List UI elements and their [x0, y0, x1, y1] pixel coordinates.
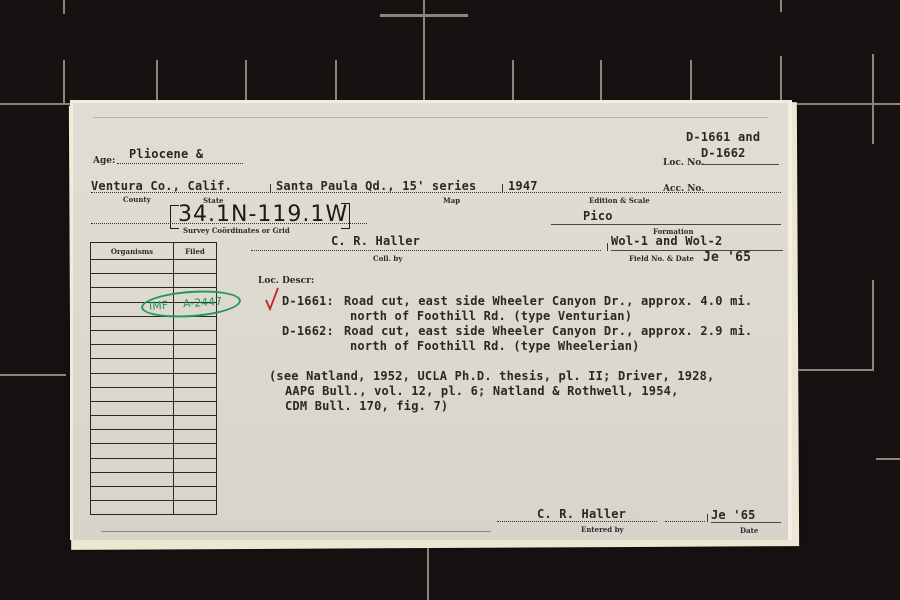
table-row [91, 501, 217, 515]
county-label: County [123, 195, 151, 204]
organism-cell [91, 330, 174, 344]
organism-cell [91, 274, 174, 288]
table-row [91, 387, 217, 401]
acc-no-label: Acc. No. [663, 184, 704, 194]
table-row [91, 373, 217, 387]
reference-line3: CDM Bull. 170, fig. 7) [285, 399, 448, 413]
filed-cell [174, 430, 217, 444]
formation-value: Pico [583, 209, 613, 223]
filed-cell [174, 458, 217, 472]
table-row [91, 316, 217, 330]
table-row [91, 416, 217, 430]
organism-cell [91, 387, 174, 401]
filed-cell [174, 501, 217, 515]
collector-label: Coll. by [373, 254, 402, 263]
edition-value: 1947 [508, 179, 538, 193]
loc-descr-label: Loc. Descr: [258, 276, 314, 286]
filed-cell [174, 359, 217, 373]
filed-cell [174, 472, 217, 486]
map-value: Santa Paula Qd., 15' series [276, 179, 476, 193]
organism-cell [91, 458, 174, 472]
organism-cell [91, 487, 174, 501]
descr-2-line2: north of Foothill Rd. (type Wheelerian) [350, 339, 640, 353]
filed-cell [174, 345, 217, 359]
age-value: Pliocene & [129, 147, 203, 161]
filed-cell [174, 316, 217, 330]
filed-header: Filed [174, 243, 217, 260]
organism-cell [91, 260, 174, 274]
county-value: Ventura Co., Calif. [91, 179, 232, 193]
organisms-header: Organisms [91, 243, 174, 260]
organism-cell [91, 444, 174, 458]
table-row [91, 359, 217, 373]
reference-line1: (see Natland, 1952, UCLA Ph.D. thesis, p… [269, 369, 714, 383]
filed-cell [174, 274, 217, 288]
table-row [91, 330, 217, 344]
organism-cell [91, 373, 174, 387]
entered-by-value: C. R. Haller [537, 507, 626, 521]
descr-2-line1: Road cut, east side Wheeler Canyon Dr., … [344, 324, 752, 338]
map-label: Map [443, 196, 460, 205]
loc-no-line1: D-1661 and [686, 130, 760, 144]
table-row [91, 401, 217, 415]
descr-1-line1: Road cut, east side Wheeler Canyon Dr., … [344, 294, 752, 308]
organism-cell [91, 345, 174, 359]
organism-cell [91, 472, 174, 486]
filed-cell [174, 330, 217, 344]
stamp-right: A-2447 [183, 295, 223, 311]
stamp-left: IMF [149, 299, 169, 313]
table-row [91, 430, 217, 444]
descr-2-id: D-1662: [282, 324, 334, 338]
organism-cell [91, 316, 174, 330]
descr-1-id: D-1661: [282, 294, 334, 308]
loc-no-label: Loc. No. [663, 158, 704, 168]
table-row [91, 487, 217, 501]
descr-1-line2: north of Foothill Rd. (type Venturian) [350, 309, 632, 323]
filed-cell [174, 260, 217, 274]
organisms-table: Organisms Filed [90, 242, 217, 515]
loc-no-line2: D-1662 [701, 146, 746, 160]
table-row [91, 274, 217, 288]
filed-cell [174, 387, 217, 401]
organism-cell [91, 430, 174, 444]
organism-cell [91, 416, 174, 430]
filed-cell [174, 373, 217, 387]
age-label: Age: [93, 156, 115, 166]
table-row [91, 472, 217, 486]
field-no-label: Field No. & Date [629, 254, 694, 263]
date-value: Je '65 [711, 508, 756, 522]
table-row [91, 444, 217, 458]
organism-cell [91, 501, 174, 515]
table-row [91, 458, 217, 472]
field-date-value: Je '65 [703, 250, 751, 265]
field-no-value: Wol-1 and Wol-2 [611, 234, 722, 248]
organism-cell [91, 359, 174, 373]
filed-cell [174, 416, 217, 430]
table-row [91, 260, 217, 274]
filed-cell [174, 444, 217, 458]
checkmark-icon [265, 287, 281, 311]
edition-label: Edition & Scale [589, 196, 650, 205]
locality-card: D-1661 and D-1662 Loc. No. Age: Pliocene… [70, 100, 792, 540]
filed-cell [174, 401, 217, 415]
reference-line2: AAPG Bull., vol. 12, pl. 6; Natland & Ro… [285, 384, 679, 398]
collector-value: C. R. Haller [331, 234, 420, 248]
coordinates-label: Survey Coördinates or Grid [183, 226, 290, 235]
date-label: Date [740, 526, 758, 535]
table-row [91, 345, 217, 359]
filed-cell [174, 487, 217, 501]
entered-by-label: Entered by [581, 525, 624, 534]
organism-cell [91, 401, 174, 415]
